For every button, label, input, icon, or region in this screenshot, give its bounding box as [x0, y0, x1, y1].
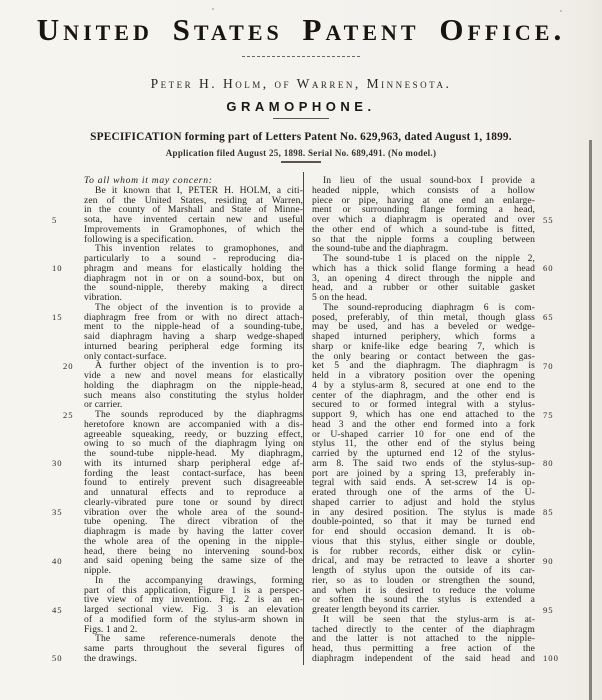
text-line: diaphragm independent of the said head a…: [312, 654, 535, 664]
text-line: the drawings.50: [84, 654, 303, 664]
line-number: 15: [52, 313, 76, 323]
text-line: and said opening being the same size of …: [84, 556, 303, 566]
line-number: 25: [52, 411, 76, 421]
line-number: 55: [543, 216, 575, 226]
horizontal-rule-title: [242, 56, 360, 57]
line-number: 80: [543, 459, 575, 469]
line-number: 90: [543, 557, 575, 567]
line-number: 45: [52, 606, 76, 616]
page-edge-line: [589, 140, 592, 700]
line-number: 100: [543, 654, 575, 664]
scan-speck: [560, 10, 562, 12]
left-column: To all whom it may concern:Be it known t…: [84, 176, 303, 664]
line-number: 70: [543, 362, 575, 372]
scan-speck: [212, 8, 214, 10]
patent-page: United States Patent Office. Peter H. Ho…: [0, 0, 602, 700]
line-number: 75: [543, 411, 575, 421]
line-number: 20: [52, 362, 76, 372]
column-divider: [303, 172, 304, 665]
line-number: 65: [543, 313, 575, 323]
invention-title: GRAMOPHONE.: [0, 99, 602, 114]
line-number: 50: [52, 654, 76, 664]
line-number: 40: [52, 557, 76, 567]
line-number: 95: [543, 606, 575, 616]
horizontal-rule-application: [281, 161, 321, 163]
application-line: Application filed August 25, 1898. Seria…: [0, 148, 602, 158]
line-number: 60: [543, 264, 575, 274]
line-number: 10: [52, 264, 76, 274]
page-title: United States Patent Office.: [0, 12, 602, 48]
horizontal-rule-invention: [273, 118, 329, 119]
line-number: 35: [52, 508, 76, 518]
line-number: 30: [52, 459, 76, 469]
line-number: 5: [52, 216, 76, 226]
patentee-line: Peter H. Holm, of Warren, Minnesota.: [0, 76, 602, 92]
line-number: 85: [543, 508, 575, 518]
right-column: In lieu of the usual sound-box I provide…: [312, 176, 535, 664]
specification-line: SPECIFICATION forming part of Letters Pa…: [0, 131, 602, 143]
